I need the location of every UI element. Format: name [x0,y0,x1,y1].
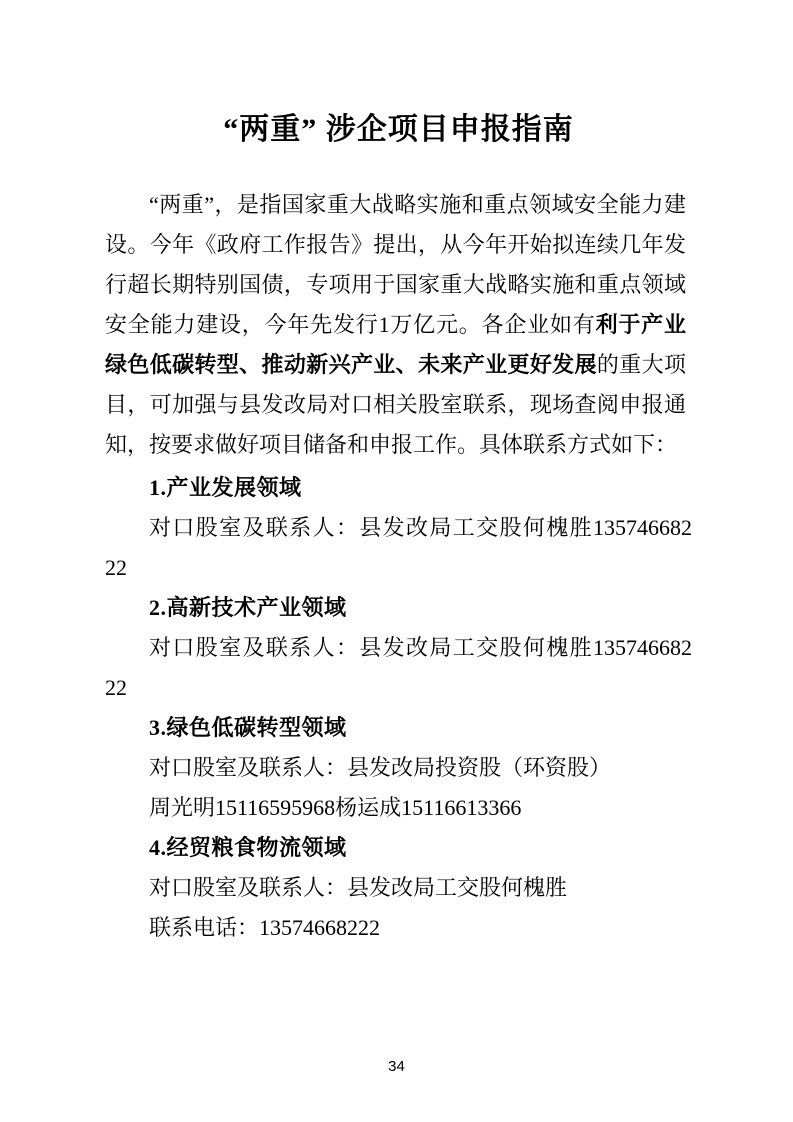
section-green-lowcarbon: 3.绿色低碳转型领域 对口股室及联系人：县发改局投资股（环资股） 周光明1511… [105,708,692,828]
section-heading: 3.绿色低碳转型领域 [105,708,692,748]
section-heading: 2.高新技术产业领域 [105,588,692,628]
section-contact-line: 对口股室及联系人：县发改局工交股何槐胜135746682 [105,628,692,668]
section-contact-line: 对口股室及联系人：县发改局投资股（环资股） [105,748,692,788]
section-contact-line: 联系电话：13574668222 [105,908,692,948]
section-hightech-industry: 2.高新技术产业领域 对口股室及联系人：县发改局工交股何槐胜135746682 … [105,588,692,708]
section-contact-line: 周光明15116595968杨运成15116613366 [105,788,692,828]
document-title: “两重” 涉企项目申报指南 [105,110,692,150]
section-contact-line: 对口股室及联系人：县发改局工交股何槐胜135746682 [105,508,692,548]
document-page: “两重” 涉企项目申报指南 “两重”，是指国家重大战略实施和重点领域安全能力建设… [0,0,793,1122]
section-heading: 1.产业发展领域 [105,468,692,508]
section-heading: 4.经贸粮食物流领域 [105,828,692,868]
section-contact-line: 对口股室及联系人：县发改局工交股何槐胜 [105,868,692,908]
section-trade-grain-logistics: 4.经贸粮食物流领域 对口股室及联系人：县发改局工交股何槐胜 联系电话：1357… [105,828,692,948]
section-contact-line-wrap: 22 [105,668,692,708]
section-industry-development: 1.产业发展领域 对口股室及联系人：县发改局工交股何槐胜135746682 22 [105,468,692,588]
intro-paragraph: “两重”，是指国家重大战略实施和重点领域安全能力建设。今年《政府工作报告》提出，… [105,185,692,465]
section-contact-line-wrap: 22 [105,548,692,588]
page-number: 34 [0,1058,793,1075]
